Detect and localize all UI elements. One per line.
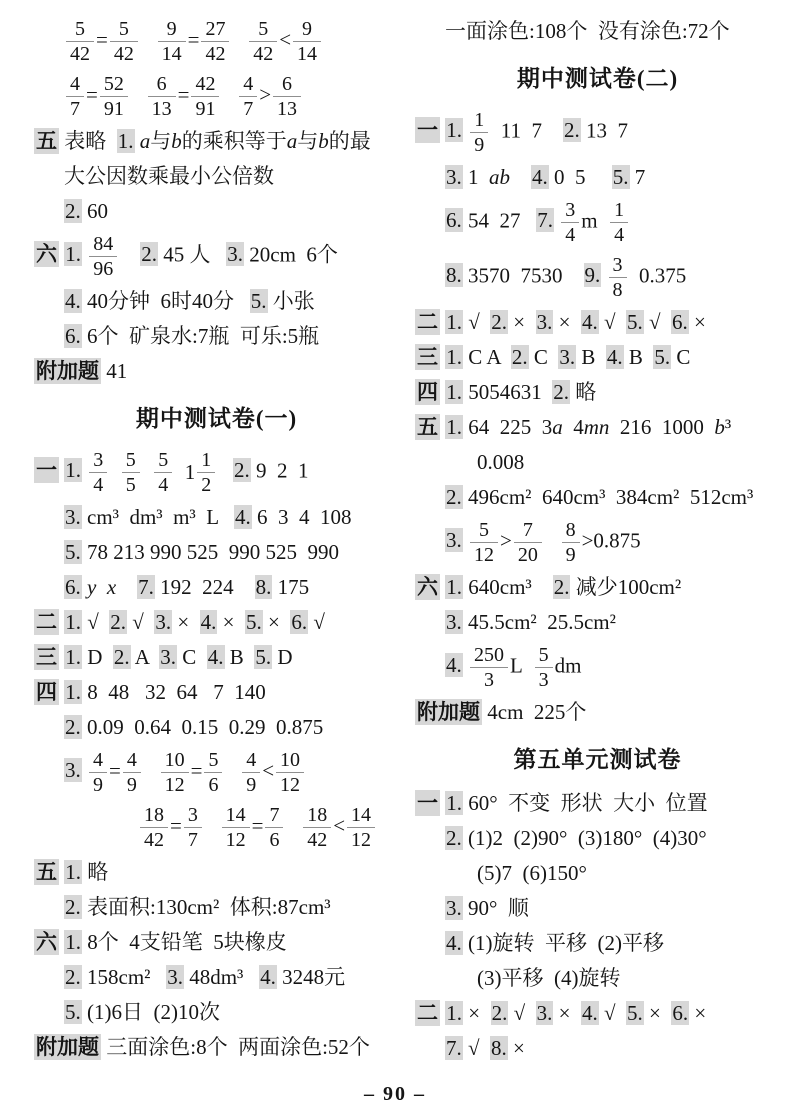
fraction-numerator: 4	[89, 749, 107, 773]
answer-text: 40分钟 6时40分	[82, 289, 250, 313]
fraction-denominator: 9	[89, 773, 107, 796]
item-number: 3.	[445, 610, 463, 634]
fraction: 37	[184, 804, 202, 851]
item-number: 4.	[581, 310, 599, 334]
item-number: 3.	[166, 965, 184, 989]
fraction-denominator: 42	[140, 828, 168, 851]
fraction-numerator: 7	[265, 804, 283, 828]
answer-text: <	[262, 758, 274, 782]
fraction-numerator: 5	[204, 749, 222, 773]
answer-text: ×	[463, 1001, 491, 1025]
answer-line: 四 1. 5054631 2. 略	[415, 375, 780, 410]
answer-text: A	[131, 645, 160, 669]
item-number: 7.	[536, 208, 554, 232]
fraction-denominator: 6	[204, 773, 222, 796]
fraction-numerator: 18	[303, 804, 331, 828]
item-number: 6.	[64, 324, 82, 348]
item-number: 2.	[64, 895, 82, 919]
answer-text: =	[252, 813, 264, 837]
answer-text: 54 27	[463, 208, 537, 232]
answer-line: 一 1. 34 55 54 112 2. 9 2 1	[34, 445, 399, 500]
answer-text: 496cm² 640cm³ 384cm² 512cm³	[463, 485, 754, 509]
answer-text	[554, 208, 559, 232]
answer-text: ×	[553, 1001, 581, 1025]
answer-text: 216 1000	[609, 415, 714, 439]
answer-line: 0.008	[415, 445, 780, 480]
fraction-denominator: 7	[184, 828, 202, 851]
item-number: 1.	[445, 415, 463, 439]
section-badge: 三	[34, 644, 59, 670]
item-number: 4.	[445, 931, 463, 955]
item-number: 8.	[445, 263, 463, 287]
section-badge: 六	[415, 574, 440, 600]
item-number: 3.	[558, 345, 576, 369]
page-number: – 90 –	[0, 1083, 790, 1106]
fraction-numerator: 1	[470, 109, 488, 133]
section-badge: 一	[415, 117, 440, 143]
answer-text	[142, 458, 153, 482]
answer-text: ³	[725, 415, 731, 439]
answer-line: 47=5291 613=4291 47>613	[34, 69, 399, 124]
answer-text	[130, 82, 146, 106]
item-number: 4.	[581, 1001, 599, 1025]
item-number: 1.	[64, 610, 82, 634]
fraction-denominator: 14	[158, 42, 186, 65]
item-number: 5.	[250, 289, 268, 313]
answer-text: 20cm 6个	[244, 242, 338, 266]
answer-line: 6. 6个 矿泉水:7瓶 可乐:5瓶	[34, 319, 399, 354]
answer-line: 一面涂色:108个 没有涂色:72个	[415, 14, 780, 49]
answer-text: >	[500, 528, 512, 552]
answer-line: 4. (1)旋转 平移 (2)平移	[415, 926, 780, 961]
fraction-denominator: 13	[273, 97, 301, 120]
fraction-numerator: 10	[276, 749, 304, 773]
math-variable: a	[287, 129, 298, 153]
fraction-denominator: 42	[303, 828, 331, 851]
item-number: 1.	[64, 680, 82, 704]
answer-text: =	[86, 82, 98, 106]
answer-text: 11 7	[490, 118, 563, 142]
answer-text: √	[463, 310, 490, 334]
answer-text: 0 5	[549, 165, 612, 189]
fraction-numerator: 27	[201, 18, 229, 42]
answer-text: 4	[563, 415, 584, 439]
section-badge: 四	[415, 379, 440, 405]
item-number: 5.	[254, 645, 272, 669]
answer-text: B	[576, 345, 606, 369]
answer-text: =	[178, 82, 190, 106]
math-variable: b	[714, 415, 725, 439]
answer-text: 三面涂色:8个 两面涂色:52个	[101, 1035, 370, 1059]
item-number: 1.	[117, 129, 135, 153]
item-number: 6.	[64, 575, 82, 599]
item-number: 9.	[584, 263, 602, 287]
answer-line: 三 1. C A 2. C 3. B 4. B 5. C	[415, 340, 780, 375]
item-number: 5.	[626, 310, 644, 334]
fraction-denominator: 14	[293, 42, 321, 65]
answer-line: 附加题 三面涂色:8个 两面涂色:52个	[34, 1030, 399, 1065]
answer-text: 48dm³	[184, 965, 259, 989]
section-badge: 二	[34, 609, 59, 635]
section-badge: 五	[34, 128, 59, 154]
answer-line: 1842=37 1412=76 1842<1412	[34, 800, 399, 855]
fraction-numerator: 52	[100, 73, 128, 97]
item-number: 1.	[445, 310, 463, 334]
fraction-numerator: 4	[66, 73, 84, 97]
answer-text: ×	[508, 310, 536, 334]
answer-text	[217, 458, 233, 482]
answer-line: 6. 54 27 7. 34m 14	[415, 195, 780, 250]
fraction: 49	[89, 749, 107, 796]
answer-text	[544, 528, 560, 552]
answer-line: 6. y x 7. 192 224 8. 175	[34, 570, 399, 605]
fraction-denominator: 9	[123, 773, 141, 796]
answer-text: 的乘积等于	[182, 129, 287, 153]
fraction: 12	[197, 449, 215, 496]
answer-text: 6 3 4 108	[252, 505, 352, 529]
item-number: 4.	[606, 345, 624, 369]
answer-text: 8 48 32 64 7 140	[82, 680, 266, 704]
section-badge: 二	[415, 309, 440, 335]
answer-text: 与	[297, 129, 318, 153]
item-number: 2.	[445, 485, 463, 509]
fraction: 5291	[100, 73, 128, 120]
answer-line: 四 1. 8 48 32 64 7 140	[34, 675, 399, 710]
answer-text: 减少100cm²	[570, 575, 681, 599]
fraction-numerator: 5	[110, 18, 138, 42]
math-variable: b	[318, 129, 329, 153]
answer-text: 的最	[329, 129, 371, 153]
fraction: 914	[158, 18, 186, 65]
answer-text: 略	[82, 860, 108, 884]
fraction-numerator: 1	[197, 449, 215, 473]
answer-text: (1)旋转 平移 (2)平移	[463, 931, 664, 955]
answer-text: C A	[463, 345, 511, 369]
section-badge: 六	[34, 929, 59, 955]
fraction: 54	[154, 449, 172, 496]
section-badge: 附加题	[34, 1034, 101, 1060]
item-number: 2.	[511, 345, 529, 369]
item-number: 3.	[445, 528, 463, 552]
item-number: 4.	[234, 505, 252, 529]
fraction: 56	[204, 749, 222, 796]
answer-text: 0.375	[629, 263, 687, 287]
fraction-denominator: 12	[347, 828, 375, 851]
answer-text: 大公因数乘最小公倍数	[64, 164, 274, 188]
answer-key-page: 542=542 914=2742 542<91447=5291 613=4291…	[0, 0, 790, 1116]
item-number: 1.	[445, 380, 463, 404]
answer-text	[231, 27, 247, 51]
fraction: 1012	[161, 749, 189, 796]
section-badge: 三	[415, 344, 440, 370]
answer-line: 附加题 4cm 225个	[415, 695, 780, 730]
math-variable: ab	[489, 165, 510, 189]
fraction-numerator: 84	[89, 233, 117, 257]
answer-text: 3570 7530	[463, 263, 584, 287]
item-number: 1.	[64, 860, 82, 884]
answer-line: 二 1. × 2. √ 3. × 4. √ 5. × 6. ×	[415, 996, 780, 1031]
item-number: 2.	[140, 242, 158, 266]
item-number: 3.	[154, 610, 172, 634]
answer-line: 4. 2503L 53dm	[415, 640, 780, 695]
answer-text	[96, 575, 107, 599]
item-number: 2.	[64, 715, 82, 739]
answer-text: <	[333, 813, 345, 837]
fraction: 542	[249, 18, 277, 65]
fraction-numerator: 4	[123, 749, 141, 773]
math-variable: y	[87, 575, 96, 599]
answer-text: 0.09 0.64 0.15 0.29 0.875	[82, 715, 324, 739]
answer-text: √	[599, 1001, 626, 1025]
answer-text: m	[581, 208, 608, 232]
answer-text: =	[109, 758, 121, 782]
fraction: 89	[562, 519, 580, 566]
answer-text	[224, 758, 240, 782]
answer-text	[82, 758, 87, 782]
fraction: 512	[470, 519, 498, 566]
item-number: 2.	[445, 826, 463, 850]
answer-text: 41	[101, 359, 127, 383]
answer-text: (1)2 (2)90° (3)180° (4)30°	[463, 826, 707, 850]
fraction-numerator: 5	[154, 449, 172, 473]
fraction: 613	[273, 73, 301, 120]
answer-line: 4. 40分钟 6时40分 5. 小张	[34, 284, 399, 319]
answer-text: 158cm²	[82, 965, 166, 989]
answer-text	[109, 458, 120, 482]
item-number: 4.	[445, 653, 463, 677]
answer-line: 2. 60	[34, 194, 399, 229]
math-variable: a	[552, 415, 563, 439]
answer-text: (1)6日 (2)10次	[82, 1000, 220, 1024]
answer-text: 7	[630, 165, 646, 189]
answer-line: 五 表略 1. a与b的乘积等于a与b的最	[34, 124, 399, 159]
fraction-denominator: 42	[249, 42, 277, 65]
answer-text: 175	[272, 575, 309, 599]
fraction-numerator: 18	[140, 804, 168, 828]
item-number: 3.	[445, 165, 463, 189]
answer-line: 2. 表面积:130cm² 体积:87cm³	[34, 890, 399, 925]
fraction: 2742	[201, 18, 229, 65]
answer-text: 45.5cm² 25.5cm²	[463, 610, 616, 634]
section-badge: 二	[415, 1000, 440, 1026]
answer-text: D	[82, 645, 113, 669]
fraction: 19	[470, 109, 488, 156]
answer-line: 7. √ 8. ×	[415, 1031, 780, 1066]
answer-text	[143, 758, 159, 782]
fraction-denominator: 4	[154, 473, 172, 496]
answer-text: 640cm³	[463, 575, 553, 599]
item-number: 2.	[233, 458, 251, 482]
answer-text: 60° 不变 形状 大小 位置	[463, 791, 708, 815]
item-number: 5.	[245, 610, 263, 634]
item-number: 1.	[64, 242, 82, 266]
fraction-denominator: 2	[197, 473, 215, 496]
item-number: 7.	[445, 1036, 463, 1060]
fraction-denominator: 12	[470, 543, 498, 566]
answer-line: 3. 512>720 89>0.875	[415, 515, 780, 570]
answer-line: 5. 78 213 990 525 990 525 990	[34, 535, 399, 570]
fraction: 2503	[470, 644, 508, 691]
answer-text: ×	[644, 1001, 672, 1025]
item-number: 3.	[159, 645, 177, 669]
answer-text: 表略	[59, 129, 117, 153]
column-1: 542=542 914=2742 542<91447=5291 613=4291…	[34, 14, 399, 1066]
fraction-numerator: 9	[158, 18, 186, 42]
answer-text: 0.008	[477, 450, 524, 474]
item-number: 6.	[671, 310, 689, 334]
answer-text: 60	[82, 199, 108, 223]
item-number: 2.	[553, 575, 571, 599]
fraction: 542	[110, 18, 138, 65]
item-number: 1.	[445, 575, 463, 599]
answer-text: ×	[553, 310, 581, 334]
answer-line: 3. 90° 顺	[415, 891, 780, 926]
answer-text: 8个 4支铅笔 5块橡皮	[82, 930, 287, 954]
fraction-denominator: 12	[276, 773, 304, 796]
fraction-numerator: 4	[239, 73, 257, 97]
fraction-denominator: 12	[161, 773, 189, 796]
fraction-denominator: 9	[470, 133, 488, 156]
fraction: 76	[265, 804, 283, 851]
answer-text: L	[510, 653, 533, 677]
fraction: 542	[66, 18, 94, 65]
answer-text: (3)平移 (4)旋转	[477, 966, 620, 990]
answer-text	[82, 458, 87, 482]
answer-text: ×	[689, 1001, 706, 1025]
two-column-layout: 542=542 914=2742 542<91447=5291 613=4291…	[0, 0, 790, 1066]
fraction: 1842	[303, 804, 331, 851]
fraction-denominator: 91	[100, 97, 128, 120]
fraction-denominator: 42	[201, 42, 229, 65]
fraction: 1412	[347, 804, 375, 851]
answer-text	[174, 458, 185, 482]
fraction: 914	[293, 18, 321, 65]
answer-line: 2. 0.09 0.64 0.15 0.29 0.875	[34, 710, 399, 745]
item-number: 1.	[64, 458, 82, 482]
answer-text: 表面积:130cm² 体积:87cm³	[82, 895, 331, 919]
answer-text: 192 224	[155, 575, 255, 599]
fraction-denominator: 4	[561, 223, 579, 246]
section-badge: 附加题	[34, 358, 101, 384]
fraction-numerator: 6	[273, 73, 301, 97]
fraction-denominator: 8	[609, 278, 627, 301]
answer-line: 2. 496cm² 640cm³ 384cm² 512cm³	[415, 480, 780, 515]
item-number: 4.	[64, 289, 82, 313]
fraction: 1842	[140, 804, 168, 851]
answer-text: 45 人	[158, 242, 226, 266]
item-number: 3.	[445, 896, 463, 920]
answer-text: D	[272, 645, 292, 669]
answer-line: 二 1. √ 2. × 3. × 4. √ 5. √ 6. ×	[415, 305, 780, 340]
answer-text: 9 2 1	[251, 458, 309, 482]
fraction-denominator: 42	[66, 42, 94, 65]
answer-line: (5)7 (6)150°	[415, 856, 780, 891]
fraction-numerator: 3	[184, 804, 202, 828]
answer-text: √	[127, 610, 154, 634]
answer-text: 小张	[268, 289, 315, 313]
section-badge: 一	[34, 457, 59, 483]
fraction: 613	[148, 73, 176, 120]
answer-text: =	[188, 27, 200, 51]
answer-text: dm	[555, 653, 582, 677]
section-badge: 五	[34, 859, 59, 885]
fraction-denominator: 96	[89, 257, 117, 280]
answer-text	[221, 82, 237, 106]
fraction-numerator: 14	[347, 804, 375, 828]
answer-text: 13 7	[581, 118, 628, 142]
answer-line: (3)平移 (4)旋转	[415, 961, 780, 996]
fraction-numerator: 1	[610, 199, 628, 223]
item-number: 3.	[536, 310, 554, 334]
item-number: 6.	[290, 610, 308, 634]
fraction-denominator: 5	[122, 473, 140, 496]
section-heading: 期中测试卷(一)	[34, 400, 399, 433]
answer-text: (5)7 (6)150°	[477, 861, 587, 885]
item-number: 3.	[536, 1001, 554, 1025]
math-variable: mn	[584, 415, 610, 439]
math-variable: x	[107, 575, 116, 599]
answer-text: √	[644, 310, 671, 334]
fraction-denominator: 91	[191, 97, 219, 120]
fraction-numerator: 5	[470, 519, 498, 543]
fraction-numerator: 8	[562, 519, 580, 543]
answer-line: 五 1. 64 225 3a 4mn 216 1000 b³	[415, 410, 780, 445]
item-number: 4.	[200, 610, 218, 634]
item-number: 5.	[612, 165, 630, 189]
fraction-numerator: 6	[148, 73, 176, 97]
answer-text: 90° 顺	[463, 896, 529, 920]
fraction: 1012	[276, 749, 304, 796]
fraction: 47	[66, 73, 84, 120]
item-number: 8.	[255, 575, 273, 599]
fraction-denominator: 9	[242, 773, 260, 796]
whole-number: 1	[185, 455, 196, 490]
item-number: 6.	[445, 208, 463, 232]
answer-text: B	[624, 345, 654, 369]
fraction-numerator: 10	[161, 749, 189, 773]
fraction: 38	[609, 254, 627, 301]
answer-text: 4cm 225个	[482, 700, 586, 724]
answer-line: 5. (1)6日 (2)10次	[34, 995, 399, 1030]
answer-text	[601, 263, 606, 287]
item-number: 1.	[64, 645, 82, 669]
item-number: 2.	[563, 118, 581, 142]
item-number: 1.	[445, 791, 463, 815]
item-number: 7.	[137, 575, 155, 599]
fraction-numerator: 4	[242, 749, 260, 773]
answer-text	[82, 242, 87, 266]
fraction-denominator: 12	[222, 828, 250, 851]
answer-line: 2. (1)2 (2)90° (3)180° (4)30°	[415, 821, 780, 856]
item-number: 3.	[64, 505, 82, 529]
answer-text: 略	[570, 380, 596, 404]
math-variable: b	[171, 129, 182, 153]
answer-text	[116, 575, 137, 599]
answer-text: √	[599, 310, 626, 334]
answer-text: ×	[508, 1036, 525, 1060]
item-number: 4.	[531, 165, 549, 189]
fraction: 34	[561, 199, 579, 246]
answer-text: √	[82, 610, 109, 634]
item-number: 2.	[109, 610, 127, 634]
fraction-numerator: 3	[561, 199, 579, 223]
answer-text: 一面涂色:108个 没有涂色:72个	[445, 19, 730, 43]
section-badge: 一	[415, 790, 440, 816]
answer-text	[463, 653, 468, 677]
answer-line: 一 1. 60° 不变 形状 大小 位置	[415, 786, 780, 821]
answer-text: <	[279, 27, 291, 51]
column-2: 一面涂色:108个 没有涂色:72个期中测试卷(二)一 1. 19 11 7 2…	[415, 14, 780, 1066]
